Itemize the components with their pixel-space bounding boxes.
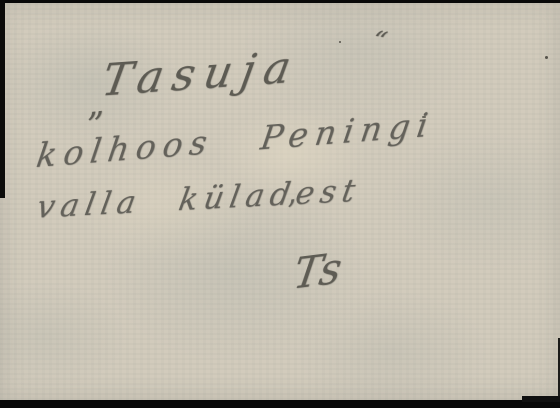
scanner-edge-left bbox=[0, 0, 5, 198]
paper-speck bbox=[339, 41, 341, 43]
paper-speck bbox=[545, 56, 548, 59]
scanned-photo: „ Tasuja “ kolhoos Peningi , valla külad… bbox=[0, 0, 560, 408]
scanner-edge-corner bbox=[522, 396, 560, 402]
signature-initials: Ts bbox=[290, 243, 346, 299]
